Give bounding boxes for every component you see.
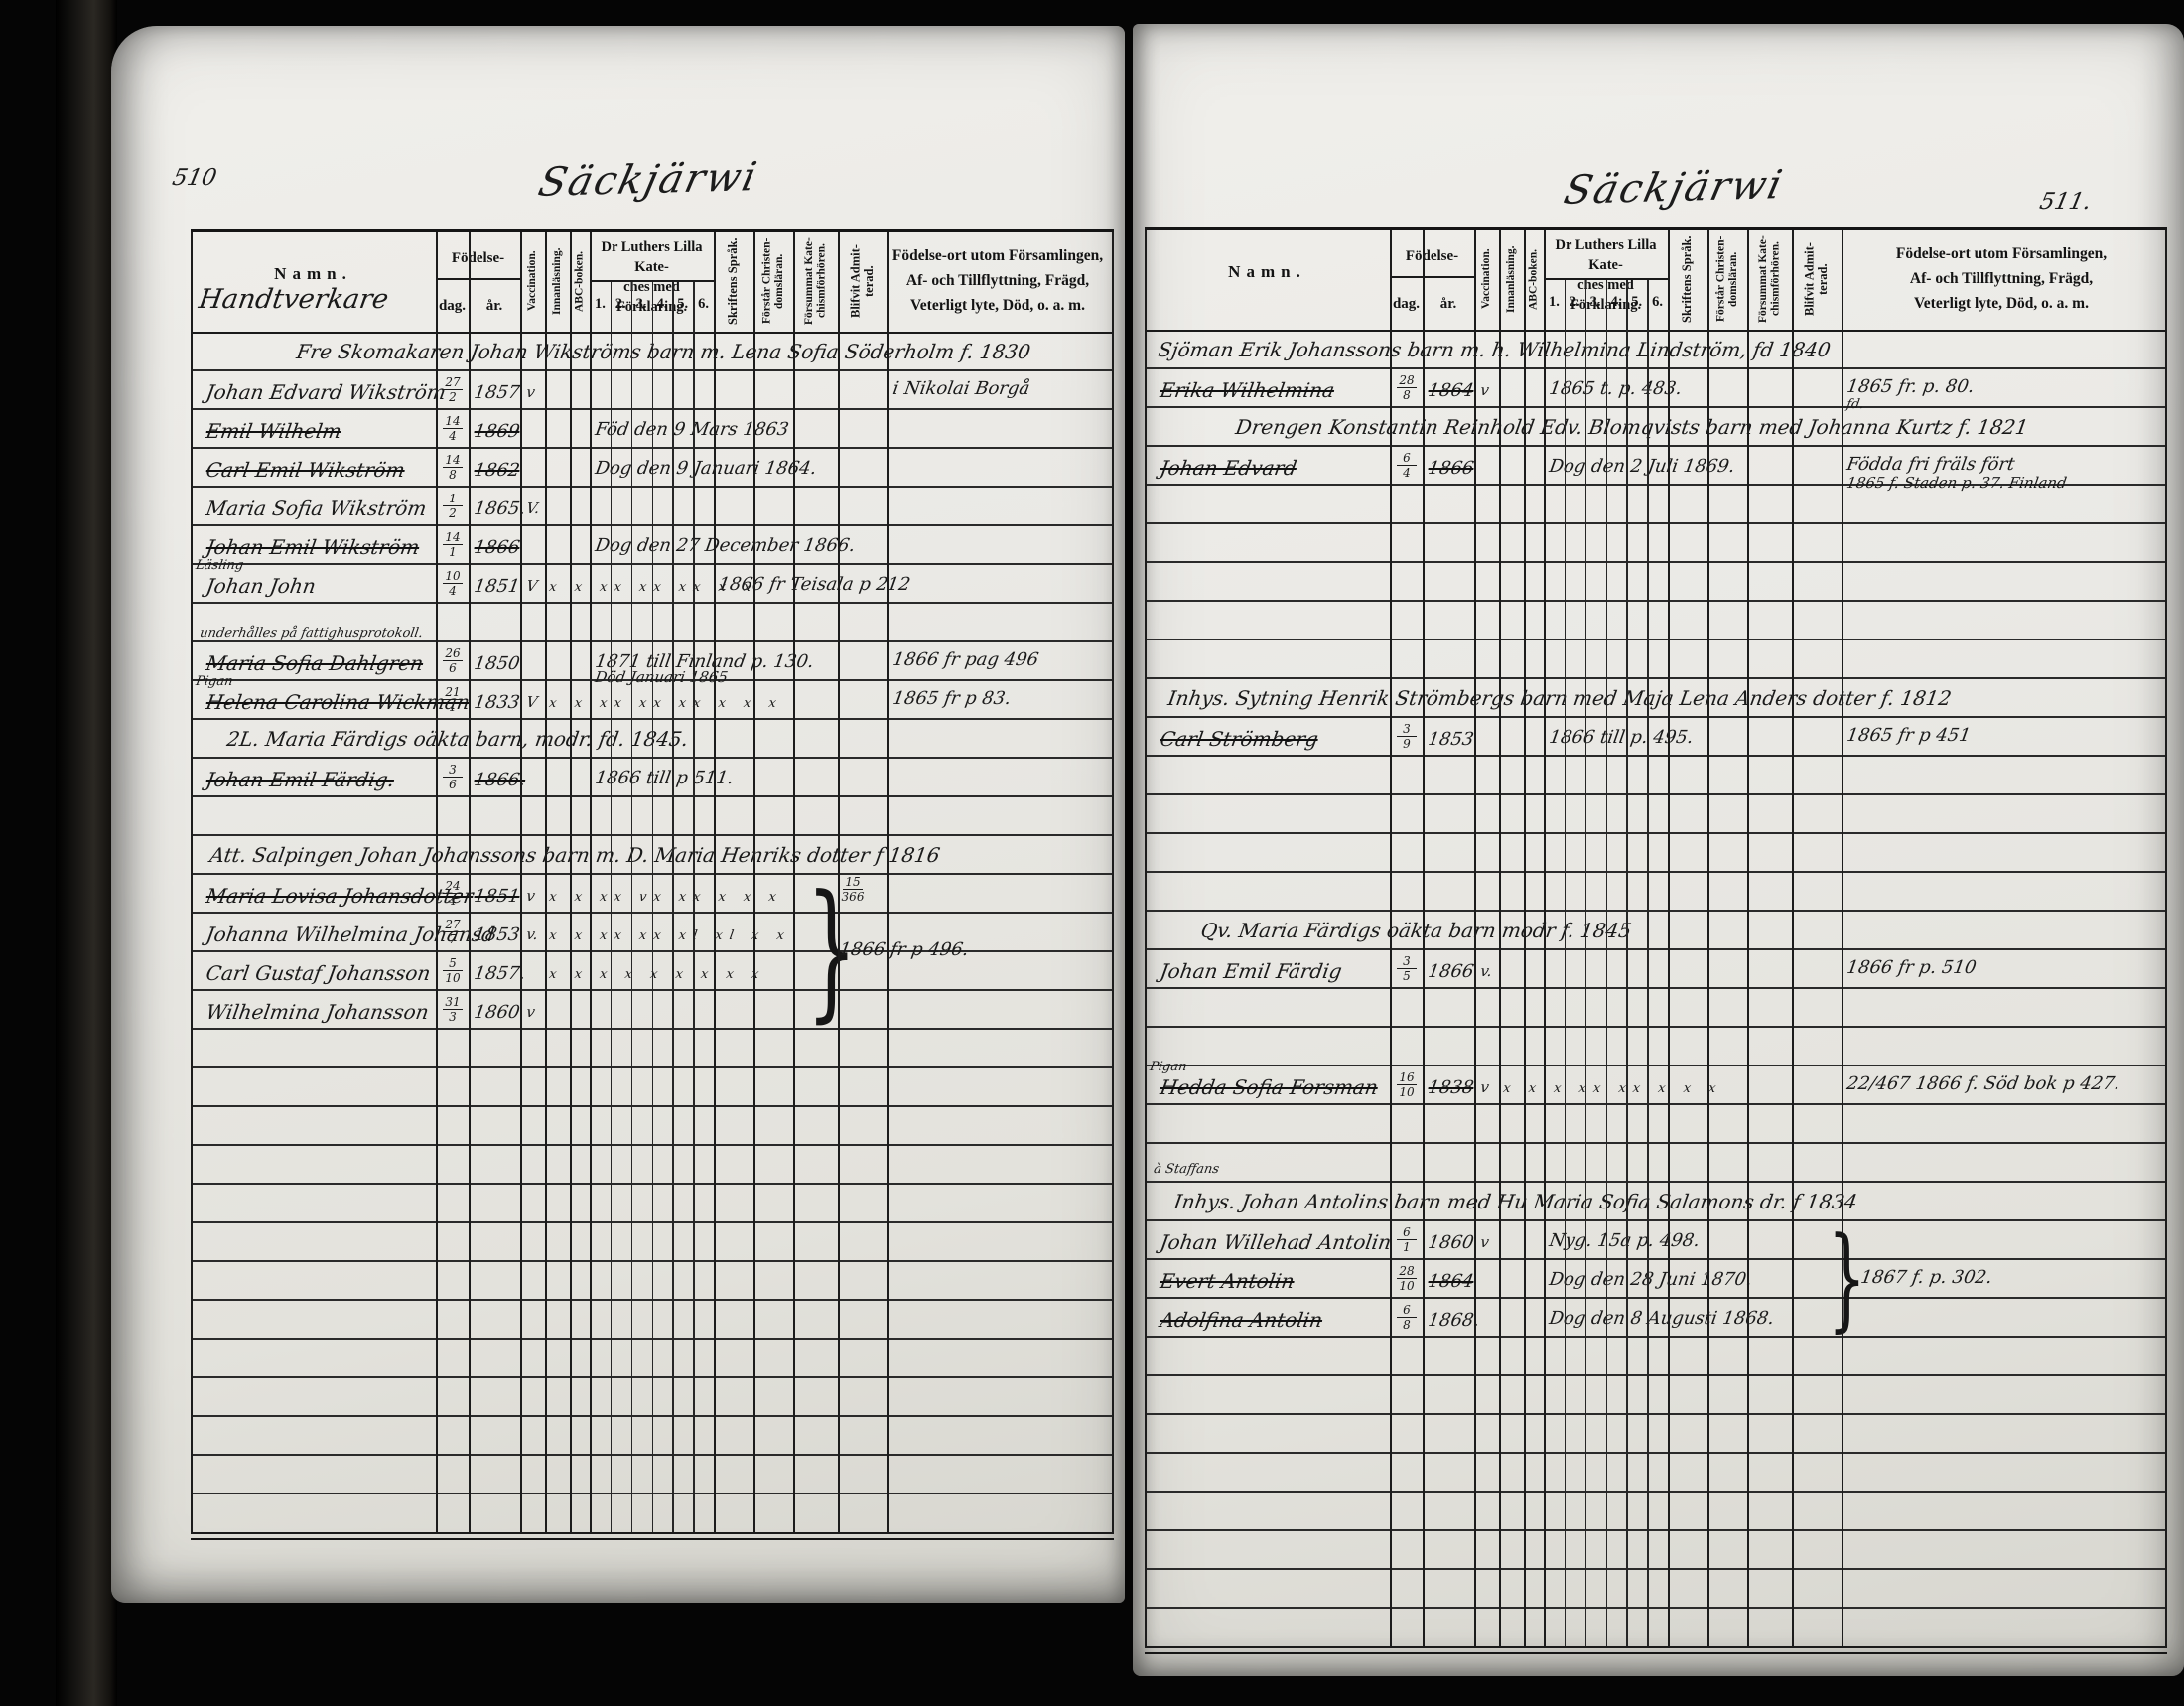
col-header-skriftens-sprak: Skriftens Språk. bbox=[1668, 232, 1707, 326]
row-rule-line bbox=[1145, 600, 2167, 602]
row-rule-line bbox=[1145, 1181, 2167, 1183]
grid-column-line bbox=[1707, 230, 1709, 1646]
entry-prefix: Läsling bbox=[195, 558, 244, 573]
entry-note: Dog den 9 Januari 1864. bbox=[594, 458, 818, 479]
row-rule-line bbox=[1145, 1065, 2167, 1066]
grid-column-line bbox=[1585, 280, 1587, 1646]
grid-column-line bbox=[693, 282, 695, 1532]
entry-remark: 1866 fr p. 510 bbox=[1845, 957, 1978, 978]
row-rule-line bbox=[1145, 1219, 2167, 1221]
entry-name: Wilhelmina Johansson bbox=[205, 1000, 431, 1024]
printed-header: Namn. Födelse- dag. år. Vaccination. Inn… bbox=[1145, 230, 2167, 332]
entry-remark-small: fd. bbox=[1845, 397, 1865, 412]
col-header-forstar: Förstår Christen- domsläran. bbox=[753, 234, 793, 328]
grid-column-line bbox=[1792, 230, 1794, 1646]
entry-vaccination-mark: v. bbox=[1479, 962, 1493, 980]
entry-remark: Födda fri fräls fört bbox=[1845, 454, 2016, 475]
col-header-fodelse: Födelse- bbox=[436, 250, 520, 267]
grid-column-line bbox=[436, 232, 438, 1532]
section-heading-handwritten: Handtverkare bbox=[197, 284, 391, 315]
entry-birth-year: 1853 bbox=[1427, 729, 1475, 750]
col-header-kateches-2: 2. bbox=[1565, 294, 1585, 311]
entry-name: Hedda Sofia Forsman bbox=[1159, 1075, 1380, 1099]
row-rule-line bbox=[1145, 1529, 2167, 1531]
entry-vaccination-mark: v bbox=[525, 887, 536, 905]
col-header-namn: Namn. bbox=[191, 264, 436, 284]
col-header-vaccination: Vaccination. bbox=[520, 234, 545, 328]
row-rule-line bbox=[1145, 948, 2167, 950]
entry-note-above: Död Januari 1865 bbox=[594, 668, 729, 686]
entry-name: Erika Wilhelmina bbox=[1159, 378, 1336, 402]
grid-column-line bbox=[1544, 230, 1546, 1646]
row-rule-line bbox=[1145, 639, 2167, 640]
entry-birth-day: 244 bbox=[438, 880, 468, 907]
grid-column-line bbox=[838, 232, 840, 1532]
brace-label: 1867 f. p. 302. bbox=[1859, 1267, 1993, 1288]
grid-column-line bbox=[1112, 232, 1114, 1532]
entry-note: 1866 fr Teisala p 212 bbox=[717, 574, 912, 595]
entry-name: Johan Edvard bbox=[1159, 456, 1298, 480]
entry-name: Johan Emil Wikström bbox=[205, 535, 421, 559]
entry-birth-day: 36 bbox=[438, 764, 468, 790]
family-heading: Fre Skomakaren Johan Wikströms barn m. L… bbox=[295, 340, 1032, 363]
entry-vaccination-mark: v. bbox=[525, 925, 539, 943]
col-header-vaccination: Vaccination. bbox=[1474, 232, 1499, 326]
entry-note: Dog den 27 December 1866. bbox=[594, 535, 857, 556]
row-rule-line bbox=[1145, 1607, 2167, 1609]
entry-birth-year: 1851 bbox=[473, 886, 521, 907]
book-binding-edge bbox=[56, 0, 117, 1706]
table-body: Sjöman Erik Johanssons barn m. h. Wilhel… bbox=[1145, 330, 2167, 1648]
entry-birth-year: 1866 bbox=[473, 537, 521, 558]
entry-birth-year: 1866. bbox=[473, 770, 527, 790]
grid-column-line bbox=[652, 282, 654, 1532]
col-header-abc-boken: ABC-boken. bbox=[570, 234, 590, 328]
entry-birth-year: 1866 bbox=[1427, 961, 1475, 982]
col-header-skriftens-sprak: Skriftens Språk. bbox=[714, 234, 753, 328]
entry-birth-day: 61 bbox=[1392, 1226, 1422, 1253]
entry-birth-year: 1857 bbox=[473, 382, 521, 403]
entry-birth-year: 1864 bbox=[1427, 1271, 1475, 1292]
col-header-kateches-4: 4. bbox=[1606, 294, 1627, 311]
row-rule-line bbox=[1145, 677, 2167, 679]
entry-remark: 22/467 1866 f. Söd bok p 427. bbox=[1845, 1073, 2121, 1094]
entry-birth-year: 1860 bbox=[1427, 1232, 1475, 1253]
header-divider bbox=[436, 278, 520, 280]
entry-note: Föd den 9 Mars 1863 bbox=[594, 419, 790, 440]
grid-column-line bbox=[1647, 280, 1649, 1646]
row-rule-line bbox=[1145, 987, 2167, 989]
grid-column-line bbox=[753, 232, 755, 1532]
col-header-ar: år. bbox=[469, 298, 520, 315]
entry-note: Dog den 8 Augusti 1868. bbox=[1548, 1308, 1776, 1329]
entry-name: Johan Emil Färdig. bbox=[205, 768, 396, 791]
entry-note: 1865 t. p. 483. bbox=[1548, 378, 1684, 399]
col-header-kateches-4: 4. bbox=[652, 296, 673, 313]
entry-vaccination-mark: V bbox=[525, 693, 539, 711]
family-heading: Inhys. Johan Antolins barn med Hu Maria … bbox=[1172, 1190, 1859, 1213]
entry-name: Adolfina Antolin bbox=[1159, 1308, 1324, 1332]
entry-name: Maria Sofia Dahlgren bbox=[205, 651, 425, 675]
col-header-forsummat: Försummat Kate- chismförhören. bbox=[1747, 232, 1792, 326]
entry-reading-marks: x x x x x x x x x bbox=[548, 967, 766, 982]
grid-column-line bbox=[1606, 280, 1608, 1646]
grid-column-line bbox=[590, 232, 592, 1532]
family-heading: Drengen Konstantin Reinhold Edv. Blomqvi… bbox=[1234, 415, 2030, 439]
entry-note: Nyg. 15a p. 498. bbox=[1548, 1230, 1702, 1251]
col-header-dag: dag. bbox=[1390, 296, 1423, 313]
entry-name: Maria Lovisa Johansdotter bbox=[205, 884, 475, 908]
family-heading: Qv. Maria Färdigs oäkta barn modr f. 184… bbox=[1199, 919, 1633, 942]
entry-birth-day: 510 bbox=[438, 957, 468, 984]
col-header-ar: år. bbox=[1423, 296, 1474, 313]
entry-birth-year: 1860 bbox=[473, 1002, 521, 1023]
entry-birth-day: 64 bbox=[1392, 452, 1422, 479]
grid-column-line bbox=[1390, 230, 1392, 1646]
entry-birth-day: 104 bbox=[438, 570, 468, 597]
entry-name: Johan Edvard Wikström bbox=[205, 380, 448, 404]
entry-remark: 1865 fr p 83. bbox=[891, 688, 1013, 709]
grid-column-line bbox=[469, 232, 471, 1532]
col-header-kateches-6: 6. bbox=[693, 296, 714, 313]
row-rule-line bbox=[1145, 1568, 2167, 1570]
family-heading: Inhys. Sytning Henrik Strömbergs barn me… bbox=[1166, 686, 1953, 710]
page-title-handwritten: Säckjärwi bbox=[534, 154, 762, 206]
entry-prefix: Pigan bbox=[195, 674, 234, 689]
entry-reading-marks: x x x xx xx x x x bbox=[1502, 1081, 1724, 1096]
header-divider bbox=[1390, 276, 1474, 278]
row-rule-line bbox=[1145, 1258, 2167, 1260]
grid-column-line bbox=[1474, 230, 1476, 1646]
col-header-kateches-1: 1. bbox=[590, 296, 611, 313]
entry-reading-marks: x x xx xx xl xl x x bbox=[548, 928, 792, 943]
entry-reading-marks: x x xx vx xx x x x bbox=[548, 890, 784, 905]
entry-birth-day: 313 bbox=[438, 996, 468, 1023]
grid-column-line bbox=[570, 232, 572, 1532]
entry-name: Evert Antolin bbox=[1159, 1269, 1297, 1293]
entry-birth-year: 1864 bbox=[1427, 380, 1475, 401]
entry-name: Carl Strömberg bbox=[1159, 727, 1320, 751]
entry-name: Carl Emil Wikström bbox=[205, 458, 407, 482]
page-number: 511. bbox=[2037, 189, 2094, 214]
col-header-innanlasning: Innanläsning. bbox=[1499, 232, 1524, 326]
entry-birth-day: 39 bbox=[1392, 723, 1422, 750]
grid-column-line bbox=[1565, 280, 1567, 1646]
row-rule-line bbox=[1145, 1297, 2167, 1299]
entry-vaccination-mark: v bbox=[1479, 1078, 1490, 1096]
row-rule-line bbox=[1145, 367, 2167, 369]
entry-birth-year: 1865. bbox=[473, 498, 527, 519]
entry-note: Dog den 28 Juni 1870. bbox=[1548, 1269, 1753, 1290]
family-heading: Sjöman Erik Johanssons barn m. h. Wilhel… bbox=[1157, 338, 1833, 361]
col-header-kateches-3: 3. bbox=[1585, 294, 1606, 311]
col-header-fodelseort: Födelse-ort utom Församlingen, Af- och T… bbox=[1842, 241, 2161, 316]
col-header-forsummat: Försummat Kate- chismförhören. bbox=[793, 234, 838, 328]
entry-note-above: underhålles på fattighusprotokoll. bbox=[199, 626, 424, 640]
row-rule-line bbox=[1145, 1374, 2167, 1376]
entry-birth-year: 1862 bbox=[473, 460, 521, 481]
col-header-kateches-6: 6. bbox=[1647, 294, 1668, 311]
entry-name: Johan Willehad Antolin bbox=[1159, 1230, 1393, 1254]
row-rule-line bbox=[1145, 1103, 2167, 1105]
entry-vaccination-mark: V bbox=[525, 577, 539, 595]
row-rule-line bbox=[1145, 1142, 2167, 1144]
entry-remark: 1866 fr pag 496 bbox=[891, 649, 1040, 670]
grid-column-line bbox=[1842, 230, 1843, 1646]
grid-column-line bbox=[1747, 230, 1749, 1646]
col-header-innanlasning: Innanläsning. bbox=[545, 234, 570, 328]
col-header-blifvit: Blifvit Admit- terad. bbox=[1792, 232, 1842, 326]
entry-remark: 1865 fr. p. 80. bbox=[1845, 376, 1976, 397]
entry-birth-day: 272 bbox=[438, 376, 468, 403]
col-header-kateches-5: 5. bbox=[672, 296, 693, 313]
entry-name: Helena Carolina Wickman bbox=[205, 690, 472, 714]
row-rule-line bbox=[1145, 445, 2167, 447]
col-header-blifvit: Blifvit Admit- terad. bbox=[838, 234, 887, 328]
col-header-forstar: Förstår Christen- domsläran. bbox=[1707, 232, 1747, 326]
entry-remark: i Nikolai Borgå bbox=[891, 378, 1031, 399]
entry-birth-year: 1850 bbox=[473, 653, 521, 674]
grid-column-line bbox=[1626, 280, 1628, 1646]
entry-vaccination-mark: v bbox=[525, 383, 536, 401]
entry-name: Johan Emil Färdig bbox=[1159, 959, 1344, 983]
entry-vaccination-mark: v bbox=[525, 1003, 536, 1021]
row-rule-line bbox=[1145, 1336, 2167, 1338]
row-rule-line bbox=[1145, 1026, 2167, 1028]
row-rule-line bbox=[1145, 561, 2167, 563]
entry-name: Emil Wilhelm bbox=[205, 419, 343, 443]
entry-prefix: Pigan bbox=[1149, 1060, 1188, 1074]
register-table-right: Namn. Födelse- dag. år. Vaccination. Inn… bbox=[1145, 227, 2167, 1646]
entry-birth-year: 1869 bbox=[473, 421, 521, 442]
row-rule-line bbox=[1145, 406, 2167, 408]
entry-name: Carl Gustaf Johansson bbox=[205, 961, 432, 985]
entry-birth-year: 1833 bbox=[473, 692, 521, 713]
col-header-kateches-3: 3. bbox=[631, 296, 652, 313]
row-rule-line bbox=[1145, 1491, 2167, 1493]
grid-column-line bbox=[887, 232, 889, 1532]
col-header-fodelse: Födelse- bbox=[1390, 248, 1474, 265]
entry-birth-year: 1868. bbox=[1427, 1310, 1481, 1331]
entry-birth-day: 148 bbox=[438, 454, 468, 481]
grid-column-line bbox=[1524, 230, 1526, 1646]
col-header-kateches-5: 5. bbox=[1626, 294, 1647, 311]
grid-column-line bbox=[191, 232, 193, 1532]
entry-birth-year: 1838 bbox=[1427, 1077, 1475, 1098]
row-rule-line bbox=[1145, 832, 2167, 834]
entry-vaccination-mark: v bbox=[1479, 381, 1490, 399]
entry-vaccination-mark: v bbox=[1479, 1233, 1490, 1251]
family-heading: 2L. Maria Färdigs oäkta barn, modr. fd. … bbox=[225, 727, 690, 751]
entry-name: Maria Sofia Wikström bbox=[205, 497, 428, 520]
left-page: 510 Säckjärwi Namn. Handtverkare Födelse… bbox=[111, 26, 1125, 1603]
col-header-dag: dag. bbox=[436, 298, 469, 315]
register-table-left: Namn. Handtverkare Födelse- dag. år. Vac… bbox=[191, 229, 1114, 1532]
grid-column-line bbox=[1499, 230, 1501, 1646]
grid-column-line bbox=[1423, 230, 1425, 1646]
entry-birth-year: 1851 bbox=[473, 576, 521, 597]
entry-vaccination-mark: V. bbox=[525, 499, 541, 517]
entry-birth-day: 277 bbox=[438, 919, 468, 945]
grid-column-line bbox=[672, 282, 674, 1532]
entry-birth-day: 141 bbox=[438, 531, 468, 558]
grid-column-line bbox=[714, 232, 716, 1532]
row-rule-line bbox=[1145, 1413, 2167, 1415]
col-header-kateches-1: 1. bbox=[1544, 294, 1565, 311]
entry-birth-day: 144 bbox=[438, 415, 468, 442]
grid-column-line bbox=[520, 232, 522, 1532]
col-header-namn: Namn. bbox=[1145, 262, 1390, 282]
entry-remark: 1865 fr p 451 bbox=[1845, 725, 1972, 746]
book-scan: 510 Säckjärwi Namn. Handtverkare Födelse… bbox=[0, 0, 2184, 1706]
grid-column-line bbox=[631, 282, 633, 1532]
grid-column-line bbox=[611, 282, 613, 1532]
grid-column-line bbox=[545, 232, 547, 1532]
brace-label: 1866 fr p 496. bbox=[838, 939, 970, 960]
entry-name: Johan John bbox=[205, 574, 318, 598]
entry-note: 1866 till p. 495. bbox=[1548, 727, 1695, 748]
row-rule-line bbox=[1145, 910, 2167, 912]
col-header-abc-boken: ABC-boken. bbox=[1524, 232, 1544, 326]
row-rule-line bbox=[1145, 755, 2167, 757]
entry-birth-day: 288 bbox=[1392, 374, 1422, 401]
entry-birth-day: 1610 bbox=[1392, 1071, 1422, 1098]
entry-birth-year: 1853 bbox=[473, 924, 521, 945]
page-number: 510 bbox=[170, 165, 218, 191]
row-rule-line bbox=[1145, 793, 2167, 795]
right-page: Säckjärwi 511. Namn. Födelse- dag. år. V… bbox=[1133, 24, 2184, 1676]
entry-birth-year: 1866 bbox=[1427, 458, 1475, 479]
page-title-handwritten: Säckjärwi bbox=[1560, 162, 1788, 213]
entry-note-above: à Staffans bbox=[1153, 1162, 1220, 1177]
entry-birth-day: 35 bbox=[1392, 955, 1422, 982]
grid-column-line bbox=[793, 232, 795, 1532]
row-rule-line bbox=[1145, 1452, 2167, 1454]
entry-reading-marks: x x xx xx xx x x x bbox=[548, 696, 784, 711]
row-rule-line bbox=[1145, 871, 2167, 873]
row-rule-line bbox=[1145, 716, 2167, 718]
grid-column-line bbox=[2165, 230, 2167, 1646]
entry-birth-day: 211 bbox=[438, 686, 468, 713]
row-rule-line bbox=[1145, 522, 2167, 524]
entry-birth-year: 1857. bbox=[473, 963, 527, 984]
grid-column-line bbox=[1145, 230, 1147, 1646]
entry-remark-2: 1865 f. Staden p. 37. Finland bbox=[1845, 474, 2068, 492]
entry-birth-day: 12 bbox=[438, 493, 468, 519]
col-header-fodelseort: Födelse-ort utom Församlingen, Af- och T… bbox=[887, 243, 1108, 318]
entry-birth-day: 2810 bbox=[1392, 1265, 1422, 1292]
entry-birth-day: 266 bbox=[438, 647, 468, 674]
grid-column-line bbox=[1668, 230, 1670, 1646]
col-header-kateches-2: 2. bbox=[611, 296, 631, 313]
entry-birth-day: 68 bbox=[1392, 1304, 1422, 1331]
